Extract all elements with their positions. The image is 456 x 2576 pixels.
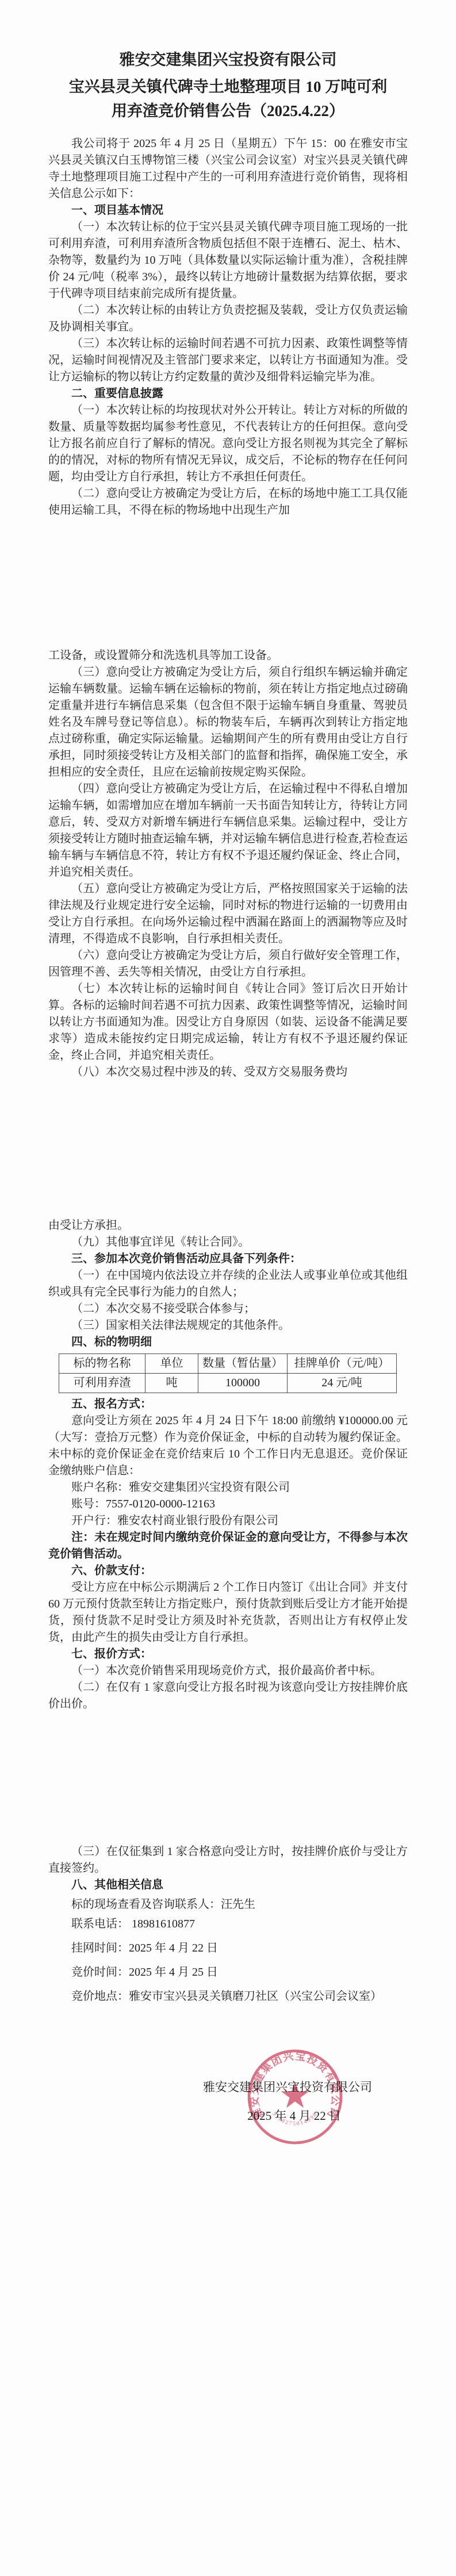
section-heading-8: 八、其他相关信息 <box>48 1877 408 1894</box>
table-header-row: 标的物名称 单位 数量（暂估量） 挂牌单价（元/吨） <box>59 1354 397 1374</box>
section-heading-2: 二、重要信息披露 <box>48 385 408 402</box>
column-header-name: 标的物名称 <box>59 1354 145 1374</box>
paragraph: （五）意向受让方被确定为受让方后，严格按照国家关于运输的法律法规及行业规定进行安… <box>48 881 408 947</box>
announcement-document: 雅安交建集团兴宝投资有限公司 宝兴县灵关镇代碑寺土地整理项目 10 万吨可利用弃… <box>0 0 456 2576</box>
paragraph-continuation: 由受让方承担。 <box>48 1217 408 1234</box>
paragraph: （二）意向受让方被确定为受让方后，在标的场地中施工工具仅能使用运输工具，不得在标… <box>48 485 408 519</box>
paragraph: （三）意向受让方被确定为受让方后，须自行组织车辆运输并确定运输车辆数量。运输车辆… <box>48 664 408 781</box>
signature-block: 雅安交建集团兴宝投资有限公司 2025 年 4 月 22 日 雅安交建集团兴宝投… <box>48 2078 408 2257</box>
column-header-quantity: 数量（暂估量） <box>198 1354 288 1374</box>
paragraph: 受让方应在中标公示期满后 2 个工作日内签订《出让合同》并支付 60 万元预付货… <box>48 1579 408 1646</box>
page-break <box>48 1713 408 1844</box>
section-heading-5: 五、报名方式： <box>48 1396 408 1413</box>
column-header-price: 挂牌单价（元/吨） <box>288 1354 397 1374</box>
paragraph: （九）其他事宜详见《转让合同》。 <box>48 1234 408 1251</box>
section-heading-6: 六、价款支付： <box>48 1563 408 1579</box>
cell-price: 24 元/吨 <box>288 1374 397 1393</box>
section-heading-4: 四、标的物明细 <box>48 1334 408 1351</box>
paragraph: （四）意向受让方被确定为受让方后，在运输过程中不得私自增加运输车辆，如需增加应在… <box>48 781 408 881</box>
paragraph: （六）意向受让方被确定为受让方后，须自行做好安全管理工作，因管理不善、丢失等相关… <box>48 947 408 981</box>
cell-lot-name: 可利用弃渣 <box>59 1374 145 1393</box>
bidding-location-line: 竞价地点：雅安市宝兴县灵关镇磨刀社区（兴宝公司会议室） <box>48 1988 408 2005</box>
cell-unit: 吨 <box>145 1374 198 1393</box>
page-break <box>48 1081 408 1217</box>
contact-phone-line: 联系电话： 18981610877 <box>48 1916 408 1933</box>
paragraph: （三）本次转让标的运输时间若遇不可抗力因素、政策性调整等情况，运输时间视情况及主… <box>48 336 408 385</box>
seal-star <box>281 2081 309 2108</box>
paragraph: （八）本次交易过程中涉及的转、受双方交易服务费均 <box>48 1064 408 1081</box>
paragraph: 意向受让方须在 2025 年 4 月 24 日下午 18:00 前缴纳 ¥100… <box>48 1413 408 1479</box>
account-number-line: 账号：7557-0120-0000-12163 <box>48 1496 408 1513</box>
table-row: 可利用弃渣 吨 100000 24 元/吨 <box>59 1374 397 1393</box>
contact-person-line: 标的现场查看及咨询联系人：汪先生 <box>48 1896 408 1913</box>
note-paragraph: 注：未在规定时间内缴纳竞价保证金的意向受让方，不得参与本次竞价销售活动。 <box>48 1529 408 1563</box>
paragraph: （二）在仅有 1 家意向受让方报名时视为该意向受让方按挂牌价底价出价。 <box>48 1679 408 1713</box>
page-break <box>48 519 408 647</box>
section-heading-1: 一、项目基本情况 <box>48 202 408 219</box>
paragraph: （一）本次转让标的位于宝兴县灵关镇代碑寺项目施工现场的一批可利用弃渣，可利用弃渣… <box>48 219 408 302</box>
signature-date: 2025 年 4 月 22 日 <box>48 2107 408 2124</box>
section-heading-3: 三、参加本次竞价销售活动应具备下列条件： <box>48 1251 408 1267</box>
company-seal: 雅安交建集团兴宝投资有限公司 5118275014398 <box>246 2047 344 2146</box>
account-name-line: 账户名称：雅安交建集团兴宝投资有限公司 <box>48 1479 408 1496</box>
signature-company: 雅安交建集团兴宝投资有限公司 <box>48 2078 408 2096</box>
paragraph: （三）国家相关法律法规规定的其他条件。 <box>48 1317 408 1334</box>
intro-paragraph: 我公司将于 2025 年 4 月 25 日（星期五）下午 15：00 在雅安市宝… <box>48 136 408 202</box>
listing-date-line: 挂网时间：2025 年 4 月 22 日 <box>48 1940 408 1957</box>
bidding-date-line: 竞价时间：2025 年 4 月 25 日 <box>48 1964 408 1981</box>
paragraph: （三）在仅征集到 1 家合格意向受让方时，按挂牌价底价与受让方直接签约。 <box>48 1844 408 1877</box>
document-title-company: 雅安交建集团兴宝投资有限公司 <box>48 0 408 70</box>
bank-line: 开户行：雅安农村商业银行股份有限公司 <box>48 1513 408 1529</box>
paragraph: （一）本次转让标的均按现状对外公开转让。转让方对标的所做的数量、质量等数据均属参… <box>48 402 408 485</box>
paragraph: （二）本次转让标的由转让方负责挖掘及装载，受让方仅负责运输及协调相关事宜。 <box>48 302 408 336</box>
paragraph: （二）本次交易不接受联合体参与； <box>48 1301 408 1317</box>
lot-detail-table: 标的物名称 单位 数量（暂估量） 挂牌单价（元/吨） 可利用弃渣 吨 10000… <box>59 1353 397 1393</box>
paragraph: （一）在中国境内依法设立并存续的企业法人或事业单位或其他组织或具有完全民事行为能… <box>48 1267 408 1301</box>
cell-quantity: 100000 <box>198 1374 288 1393</box>
section-heading-7: 七、报价方式： <box>48 1646 408 1663</box>
paragraph: （一）本次竞价销售采用现场竞价方式，报价最高价者中标。 <box>48 1663 408 1679</box>
paragraph: （七）本次转让标的运输时间自《转让合同》签订后次日开始计算。各标的运输时间若遇不… <box>48 981 408 1064</box>
paragraph-continuation: 工设备，或设置筛分和洗选机具等加工设备。 <box>48 647 408 664</box>
document-title-subject: 宝兴县灵关镇代碑寺土地整理项目 10 万吨可利用弃渣竞价销售公告（2025.4.… <box>66 75 390 123</box>
column-header-unit: 单位 <box>145 1354 198 1374</box>
seal-code-text: 5118275014398 <box>271 2111 319 2127</box>
